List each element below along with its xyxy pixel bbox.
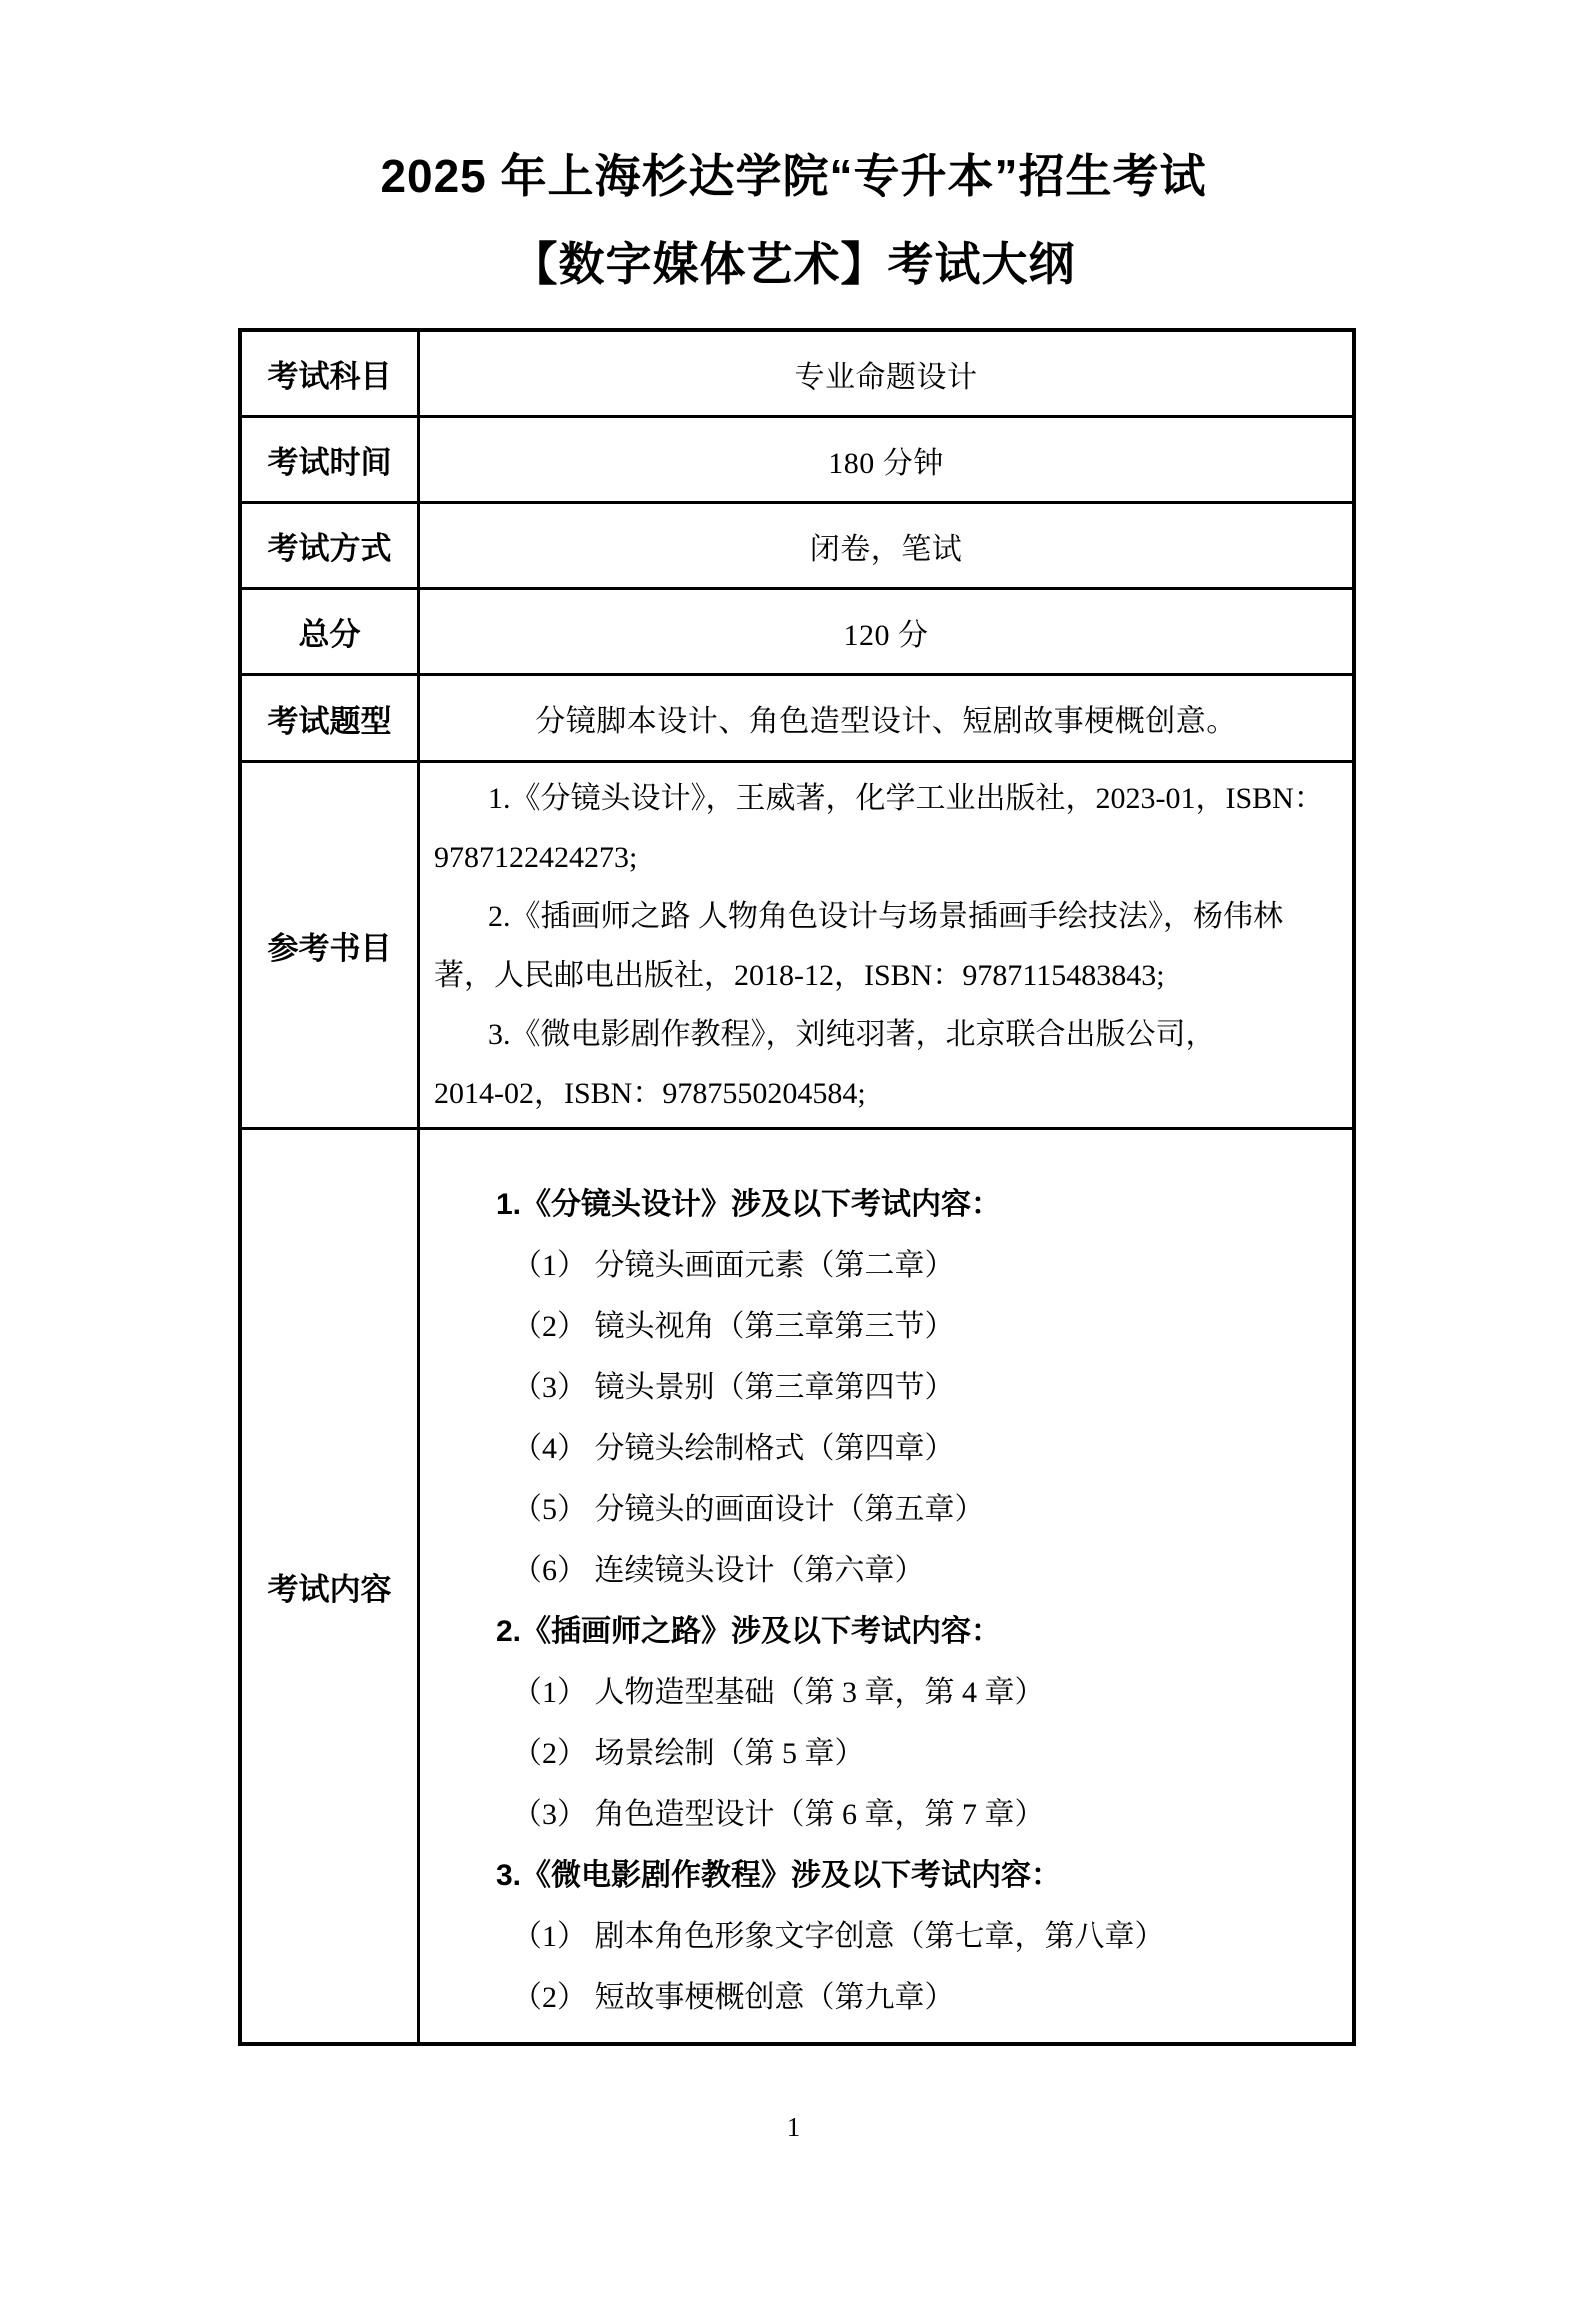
content-section-heading: 3.《微电影剧作教程》涉及以下考试内容：	[434, 1845, 1338, 1906]
content-item: （3） 角色造型设计（第 6 章，第 7 章）	[434, 1784, 1338, 1845]
row-exam-subject-value: 专业命题设计	[420, 332, 1352, 415]
document-page: 2025 年上海杉达学院“专升本”招生考试 【数字媒体艺术】考试大纲 考试科目 …	[0, 0, 1587, 2309]
row-reference-books-value: 1.《分镜头设计》，王威著，化学工业出版社，2023-01，ISBN： 9787…	[420, 763, 1352, 1127]
content-item: （2） 镜头视角（第三章第三节）	[434, 1296, 1338, 1357]
content-item: （1） 分镜头画面元素（第二章）	[434, 1235, 1338, 1296]
content-item: （2） 场景绘制（第 5 章）	[434, 1723, 1338, 1784]
reference-line: 2014-02，ISBN：9787550204584;	[434, 1064, 1338, 1123]
row-exam-format-value: 闭卷，笔试	[420, 504, 1352, 587]
reference-line: 著，人民邮电出版社，2018-12，ISBN：9787115483843;	[434, 946, 1338, 1005]
row-exam-content-label: 考试内容	[242, 1130, 417, 2042]
row-question-types-value: 分镜脚本设计、角色造型设计、短剧故事梗概创意。	[420, 676, 1352, 760]
page-number: 1	[0, 2112, 1587, 2143]
document-title-line1: 2025 年上海杉达学院“专升本”招生考试	[0, 150, 1587, 202]
exam-outline-table: 考试科目 专业命题设计 考试时间 180 分钟 考试方式 闭卷，笔试 总分 12…	[238, 328, 1356, 2046]
content-item: （1） 剧本角色形象文字创意（第七章，第八章）	[434, 1906, 1338, 1967]
document-title-line2: 【数字媒体艺术】考试大纲	[0, 238, 1587, 290]
row-total-score-value: 120 分	[420, 590, 1352, 673]
row-exam-subject-label: 考试科目	[242, 332, 417, 415]
reference-line: 1.《分镜头设计》，王威著，化学工业出版社，2023-01，ISBN：	[434, 769, 1338, 828]
row-exam-content-value: 1.《分镜头设计》涉及以下考试内容： （1） 分镜头画面元素（第二章） （2） …	[420, 1130, 1352, 2042]
row-exam-duration-value: 180 分钟	[420, 418, 1352, 501]
row-exam-format-label: 考试方式	[242, 504, 417, 587]
content-item: （3） 镜头景别（第三章第四节）	[434, 1357, 1338, 1418]
reference-line: 2.《插画师之路 人物角色设计与场景插画手绘技法》，杨伟林	[434, 887, 1338, 946]
content-section-heading: 2.《插画师之路》涉及以下考试内容：	[434, 1601, 1338, 1662]
row-exam-duration-label: 考试时间	[242, 418, 417, 501]
reference-line: 9787122424273;	[434, 828, 1338, 887]
content-item: （4） 分镜头绘制格式（第四章）	[434, 1418, 1338, 1479]
row-reference-books-label: 参考书目	[242, 763, 417, 1127]
content-item: （2） 短故事梗概创意（第九章）	[434, 1967, 1338, 2028]
content-item: （5） 分镜头的画面设计（第五章）	[434, 1479, 1338, 1540]
content-item: （6） 连续镜头设计（第六章）	[434, 1540, 1338, 1601]
content-item: （1） 人物造型基础（第 3 章，第 4 章）	[434, 1662, 1338, 1723]
row-question-types-label: 考试题型	[242, 676, 417, 760]
row-total-score-label: 总分	[242, 590, 417, 673]
content-section-heading: 1.《分镜头设计》涉及以下考试内容：	[434, 1174, 1338, 1235]
reference-line: 3.《微电影剧作教程》，刘纯羽著，北京联合出版公司，	[434, 1005, 1338, 1064]
